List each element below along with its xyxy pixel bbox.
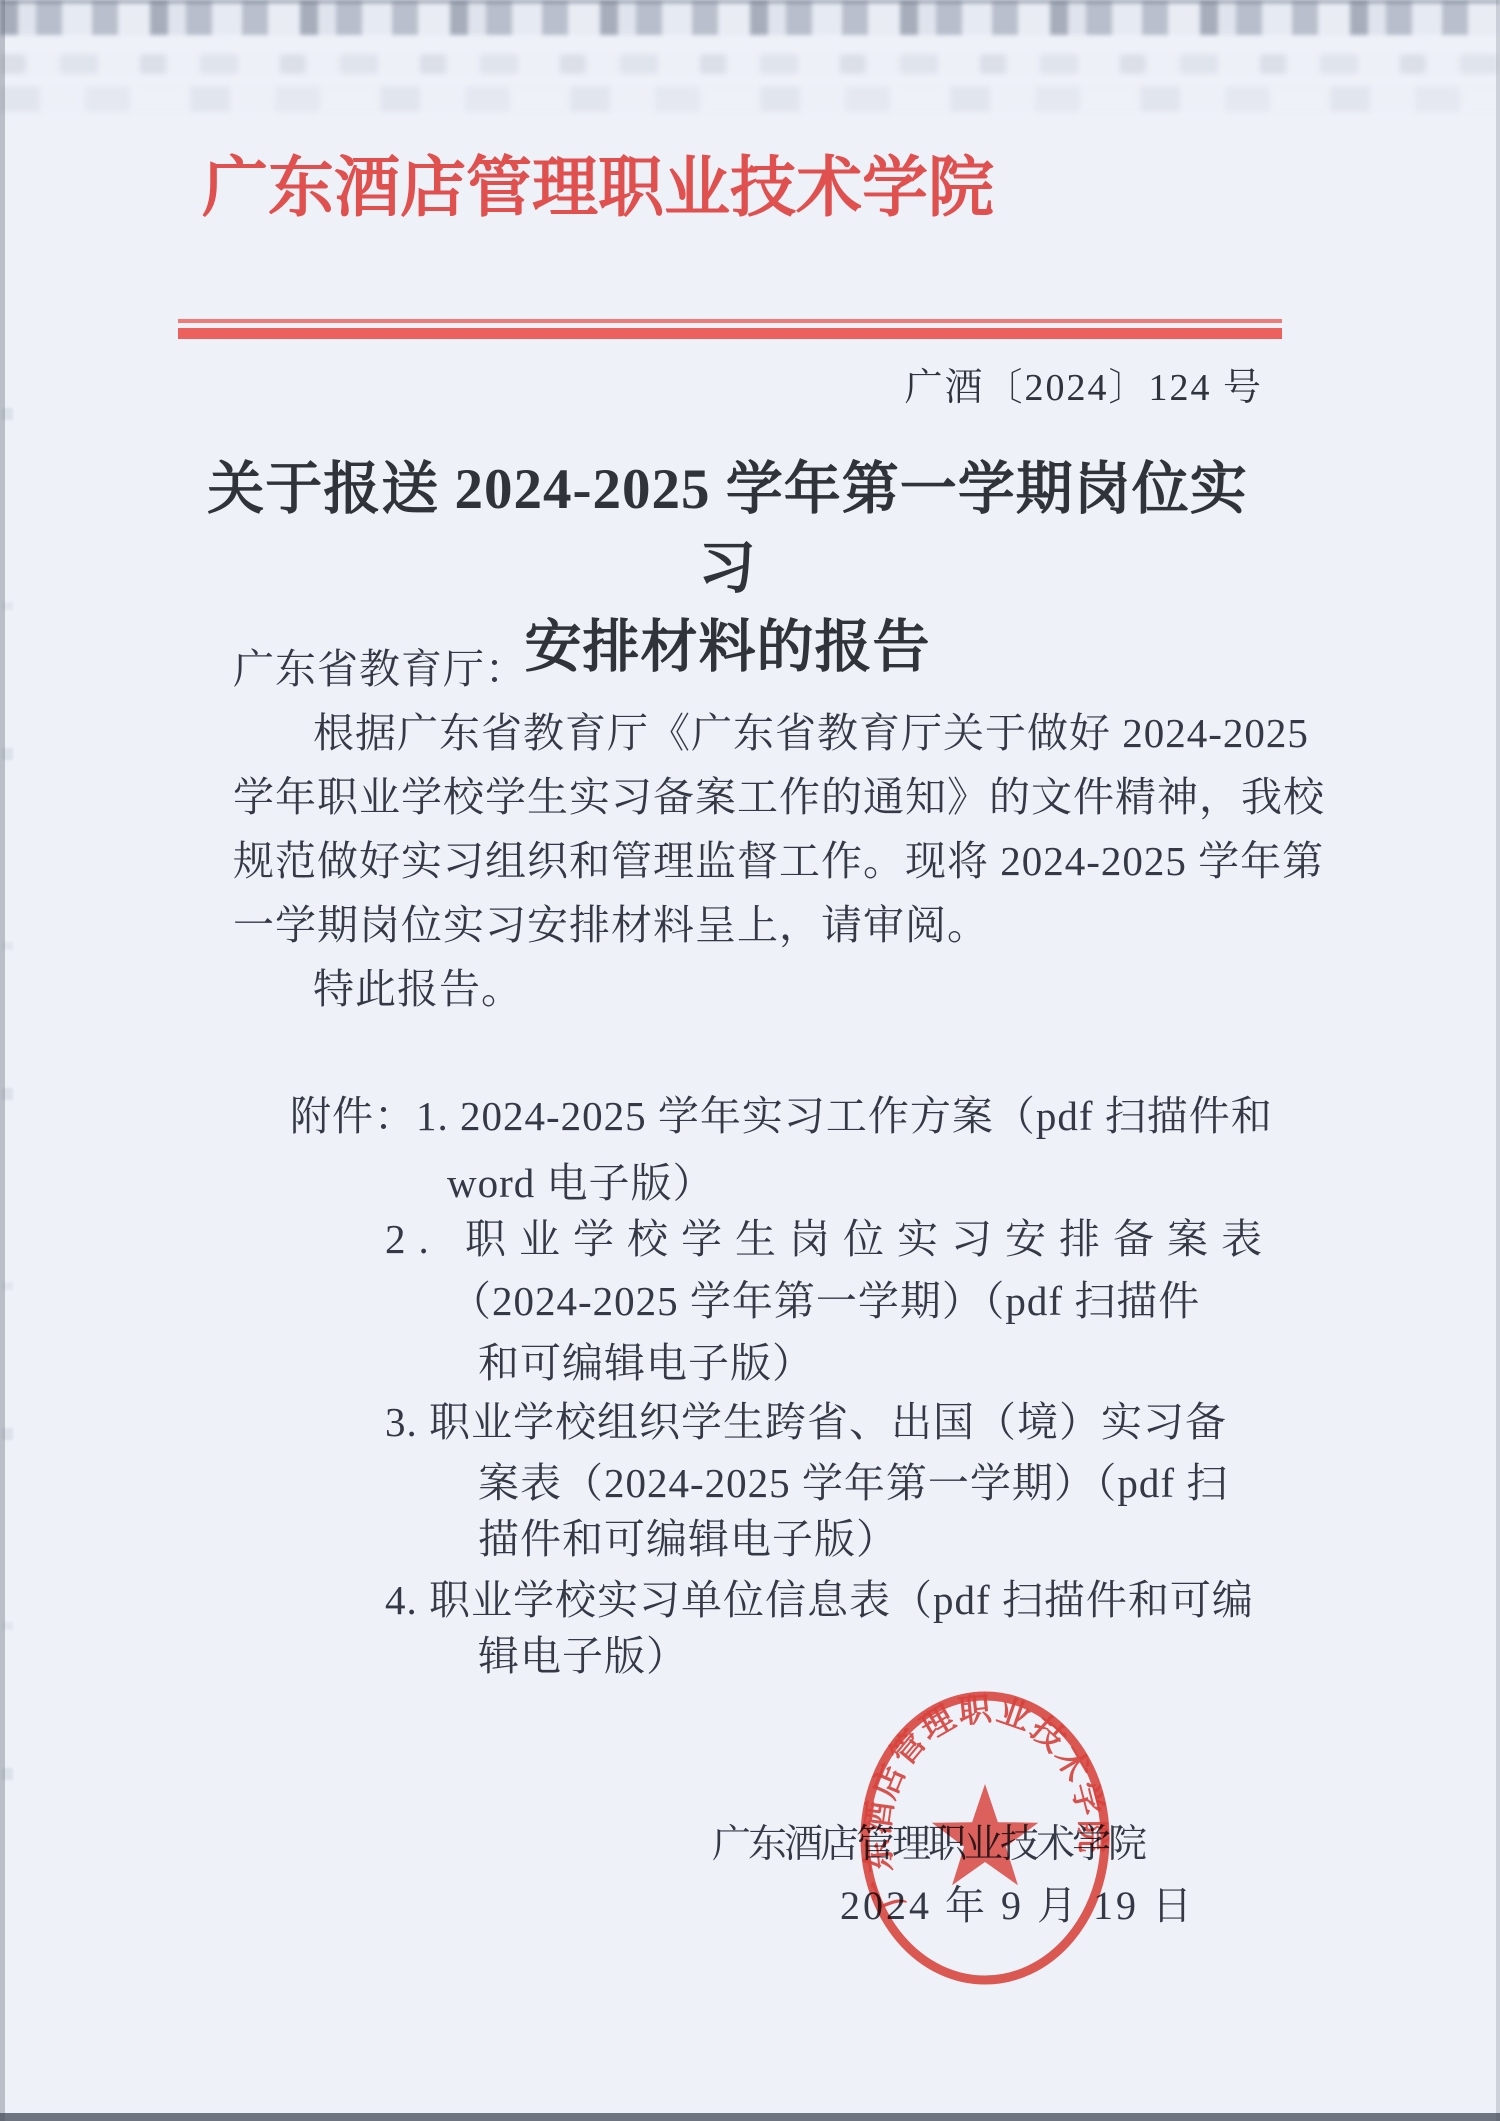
attachment-line: 和可编辑电子版） [478, 1330, 814, 1389]
document-title-line-1: 关于报送 2024-2025 学年第一学期岗位实习 [180, 450, 1275, 608]
attachment-line: 辑电子版） [478, 1623, 688, 1682]
letterhead-rule-thin [178, 319, 1282, 323]
attachment-line: 2. 职业学校学生岗位实习安排备案表 [385, 1206, 1275, 1265]
letterhead-title: 广东酒店管理职业技术学院 [202, 134, 994, 229]
body-line-closing: 特此报告。 [313, 956, 523, 1015]
body-line: 学年职业学校学生实习备案工作的通知》的文件精神，我校 [233, 764, 1325, 823]
attachment-line: 3. 职业学校组织学生跨省、出国（境）实习备 [385, 1389, 1227, 1448]
attachment-line: 4. 职业学校实习单位信息表（pdf 扫描件和可编 [385, 1567, 1254, 1626]
scan-noise-band [0, 86, 1500, 112]
body-line: 规范做好实习组织和管理监督工作。现将 2024-2025 学年第 [233, 828, 1324, 887]
scan-noise-band [0, 54, 1500, 74]
letterhead-rule-thick [178, 328, 1282, 339]
attachment-line: 描件和可编辑电子版） [478, 1506, 898, 1565]
scanned-document-page: 广东酒店管理职业技术学院 广酒〔2024〕124 号 关于报送 2024-202… [0, 0, 1500, 2121]
attachment-line: word 电子版） [447, 1150, 715, 1209]
official-seal-stamp: 广东酒店管理职业技术学院 [835, 1678, 1135, 1998]
attachment-line: （2024-2025 学年第一学期）（pdf 扫描件 [450, 1268, 1200, 1327]
salutation: 广东省教育厅： [233, 636, 527, 695]
attachment-line: 附件：1. 2024-2025 学年实习工作方案（pdf 扫描件和 [290, 1083, 1273, 1142]
document-number: 广酒〔2024〕124 号 [904, 356, 1263, 411]
body-line: 一学期岗位实习安排材料呈上，请审阅。 [233, 892, 989, 951]
scan-edge-right [1496, 0, 1500, 2121]
attachment-line: 案表（2024-2025 学年第一学期）（pdf 扫 [478, 1450, 1228, 1509]
seal-star-icon [932, 1784, 1039, 1885]
scan-edge-bottom [0, 2113, 1500, 2121]
scan-noise-top-band [0, 0, 1500, 35]
body-line: 根据广东省教育厅《广东省教育厅关于做好 2024-2025 [313, 700, 1309, 759]
scan-edge-marks [2, 280, 13, 1780]
